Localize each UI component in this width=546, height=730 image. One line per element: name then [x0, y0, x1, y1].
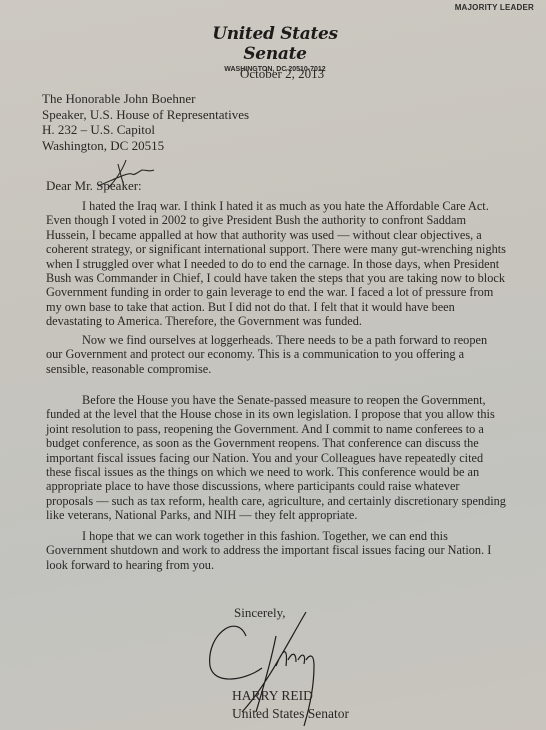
addressee-block: The Honorable John Boehner Speaker, U.S.…	[42, 91, 249, 153]
addressee-line: Speaker, U.S. House of Representatives	[42, 107, 249, 123]
addressee-line: H. 232 – U.S. Capitol	[42, 122, 249, 138]
letter-date: October 2, 2013	[240, 66, 324, 82]
salutation: Dear Mr. Speaker:	[46, 178, 142, 194]
paragraph-text: I hope that we can work together in this…	[46, 529, 506, 572]
letter-page: MAJORITY LEADER United States Senate WAS…	[0, 0, 546, 730]
signer-name: HARRY REID	[232, 688, 313, 704]
addressee-line: Washington, DC 20515	[42, 138, 249, 154]
paragraph-4: I hope that we can work together in this…	[46, 529, 506, 572]
paragraph-text: Before the House you have the Senate-pas…	[46, 393, 506, 523]
letterhead-title: United States Senate	[180, 24, 370, 64]
addressee-line: The Honorable John Boehner	[42, 91, 249, 107]
paragraph-text: Now we find ourselves at loggerheads. Th…	[46, 333, 506, 376]
paragraph-2: Now we find ourselves at loggerheads. Th…	[46, 333, 506, 376]
signer-title: United States Senator	[232, 706, 349, 722]
office-label: MAJORITY LEADER	[455, 3, 534, 12]
paragraph-text: I hated the Iraq war. I think I hated it…	[46, 199, 506, 329]
paragraph-1: I hated the Iraq war. I think I hated it…	[46, 199, 506, 329]
paragraph-3: Before the House you have the Senate-pas…	[46, 393, 506, 523]
